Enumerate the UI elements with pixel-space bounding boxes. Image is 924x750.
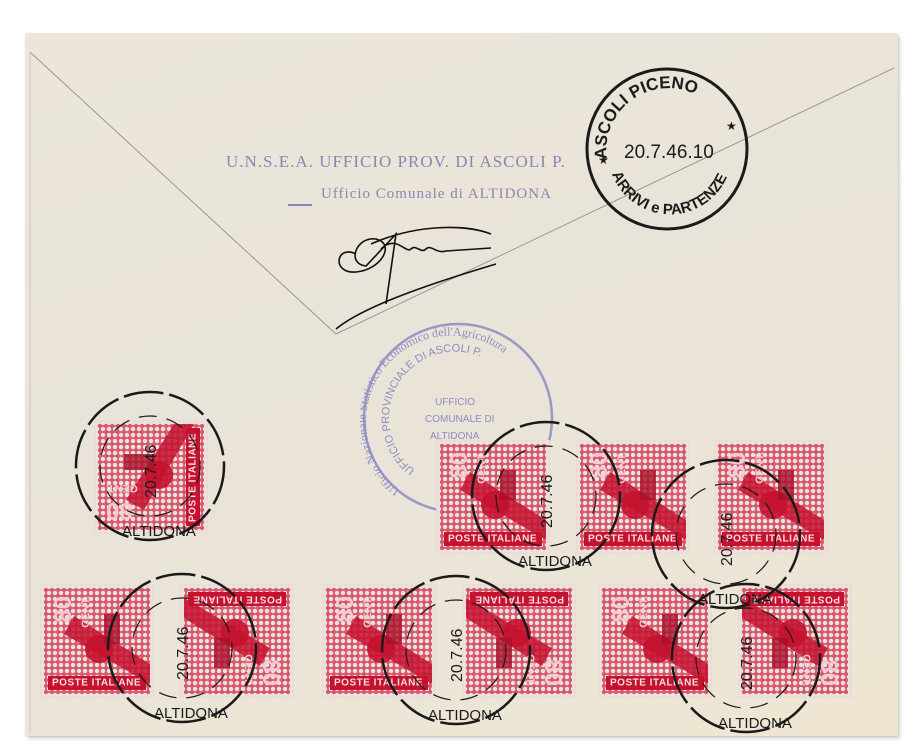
svg-text:ALTIDONA: ALTIDONA: [154, 705, 228, 722]
signature: [326, 194, 506, 334]
unsea-cachet-line1: U.N.S.E.A. UFFICIO PROV. DI ASCOLI P.: [226, 152, 566, 172]
altidona-cancel-postmark: 20.7.46ALTIDONA: [666, 578, 826, 738]
svg-text:UFFICIO: UFFICIO: [435, 397, 475, 408]
stamp-unit: CENT.: [80, 596, 92, 628]
ascoli-piceno-postmark: ASCOLI PICENO ARRIVI e PARTENZE 20.7.46.…: [582, 64, 752, 234]
stamp-value: 80: [332, 596, 360, 623]
svg-text:20.7.46: 20.7.46: [719, 513, 736, 566]
altidona-cancel-postmark: 20.7.46ALTIDONA: [70, 386, 230, 546]
svg-text:20.7.46: 20.7.46: [175, 627, 192, 680]
svg-text:ALTIDONA: ALTIDONA: [122, 523, 196, 540]
svg-text:20.7.46: 20.7.46: [143, 445, 160, 498]
cachet-dash: [288, 204, 312, 206]
svg-text:20.7.46: 20.7.46: [739, 637, 756, 690]
svg-text:ALTIDONA: ALTIDONA: [718, 715, 792, 732]
svg-text:20.7.46: 20.7.46: [449, 629, 466, 682]
svg-text:ARRIVI e PARTENZE: ARRIVI e PARTENZE: [608, 168, 731, 218]
svg-text:★: ★: [598, 153, 609, 167]
altidona-cancel-postmark: 20.7.46ALTIDONA: [466, 416, 626, 576]
svg-text:ALTIDONA: ALTIDONA: [428, 707, 502, 724]
svg-text:20.7.46: 20.7.46: [539, 475, 556, 528]
stamp-value: 80: [538, 659, 566, 686]
stamp-unit: CENT.: [362, 596, 374, 628]
svg-text:20.7.46.10: 20.7.46.10: [624, 142, 714, 163]
altidona-cancel-postmark: 20.7.46ALTIDONA: [376, 570, 536, 730]
altidona-cancel-postmark: 20.7.46ALTIDONA: [102, 568, 262, 728]
stamp-value: 80: [608, 596, 636, 623]
svg-text:★: ★: [726, 119, 737, 133]
envelope-back: ASCOLI PICENO ARRIVI e PARTENZE 20.7.46.…: [26, 34, 898, 736]
svg-text:ALTIDONA: ALTIDONA: [518, 553, 592, 570]
stamp-value: 80: [50, 596, 78, 623]
